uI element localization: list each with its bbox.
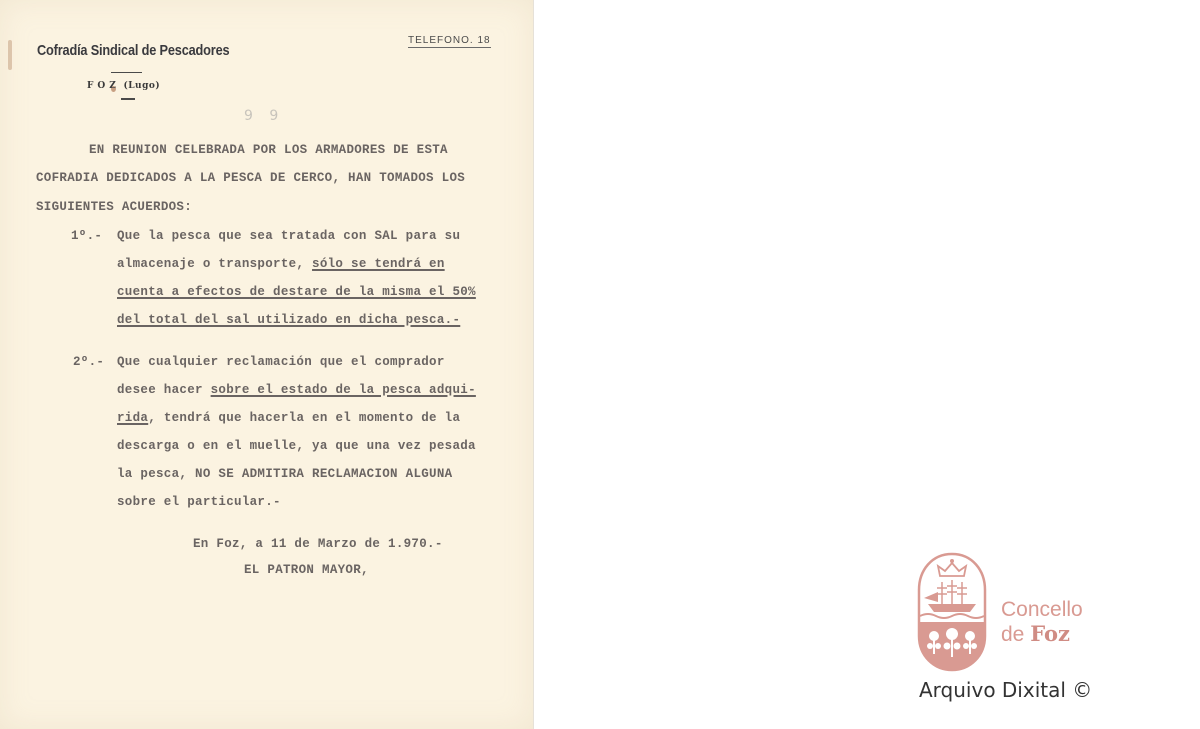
- brand-line1: Concello: [1001, 598, 1083, 622]
- intro-line: COFRADIA DEDICADOS A LA PESCA DE CERCO, …: [36, 171, 465, 185]
- letterhead-town: FOZ: [87, 81, 120, 91]
- agreement-line: cuenta a efectos de destare de la misma …: [117, 285, 476, 299]
- agreement-underlined-text: del total del sal utilizado en dicha pes…: [117, 313, 460, 327]
- agreement-text: almacenaje o transporte,: [117, 257, 312, 271]
- scanned-document-page: Cofradía Sindical de Pescadores FOZ (Lug…: [0, 0, 534, 729]
- agreement-line: Que cualquier reclamación que el comprad…: [117, 355, 445, 369]
- brand-line2-prefix: de: [1001, 623, 1030, 646]
- letterhead-province: (Lugo): [123, 81, 160, 91]
- agreement-line: almacenaje o transporte, sólo se tendrá …: [117, 257, 445, 271]
- intro-line: SIGUIENTES ACUERDOS:: [36, 200, 192, 214]
- signatory: EL PATRON MAYOR,: [244, 563, 369, 577]
- letterhead-divider: [111, 72, 142, 73]
- agreement-text: , tendrá que hacerla en el momento de la: [148, 411, 460, 425]
- agreement-line: rida, tendrá que hacerla en el momento d…: [117, 411, 460, 425]
- agreement-underlined-text: sólo se tendrá en: [312, 257, 445, 271]
- agreement-number: 2º.-: [73, 355, 104, 369]
- agreement-line: la pesca, NO SE ADMITIRA RECLAMACION ALG…: [117, 467, 452, 481]
- agreement-text: desee hacer: [117, 383, 211, 397]
- agreement-number: 1º.-: [71, 229, 102, 243]
- agreement-line: desee hacer sobre el estado de la pesca …: [117, 383, 476, 397]
- agreement-line: descarga o en el muelle, ya que una vez …: [117, 439, 476, 453]
- agreement-underlined-text: sobre el estado de la pesca adqui-: [211, 383, 476, 397]
- brand-line2: de Foz: [1001, 622, 1083, 647]
- agreement-line: del total del sal utilizado en dicha pes…: [117, 313, 460, 327]
- paper-stain: [8, 40, 12, 70]
- closing-date: En Foz, a 11 de Marzo de 1.970.-: [193, 537, 443, 551]
- letterhead-place: FOZ (Lugo): [87, 81, 160, 91]
- brand-line2-bold: Foz: [1030, 621, 1070, 646]
- agreement-underlined-text: rida: [117, 411, 148, 425]
- concello-de-foz-crest-icon: [916, 552, 988, 672]
- watermark-brand: Concello de Foz: [1001, 598, 1083, 647]
- pencil-annotation: 9 9: [244, 108, 284, 124]
- intro-line: EN REUNION CELEBRADA POR LOS ARMADORES D…: [89, 143, 448, 157]
- letterhead-telephone: TELEFONO. 18: [408, 35, 491, 48]
- agreement-line: sobre el particular.-: [117, 495, 281, 509]
- agreement-line: Que la pesca que sea tratada con SAL par…: [117, 229, 460, 243]
- archive-label: Arquivo Dixital ©: [919, 678, 1092, 702]
- letterhead-divider: [121, 98, 135, 100]
- letterhead-organization: Cofradía Sindical de Pescadores: [37, 42, 229, 59]
- agreement-underlined-text: cuenta a efectos de destare de la misma …: [117, 285, 476, 299]
